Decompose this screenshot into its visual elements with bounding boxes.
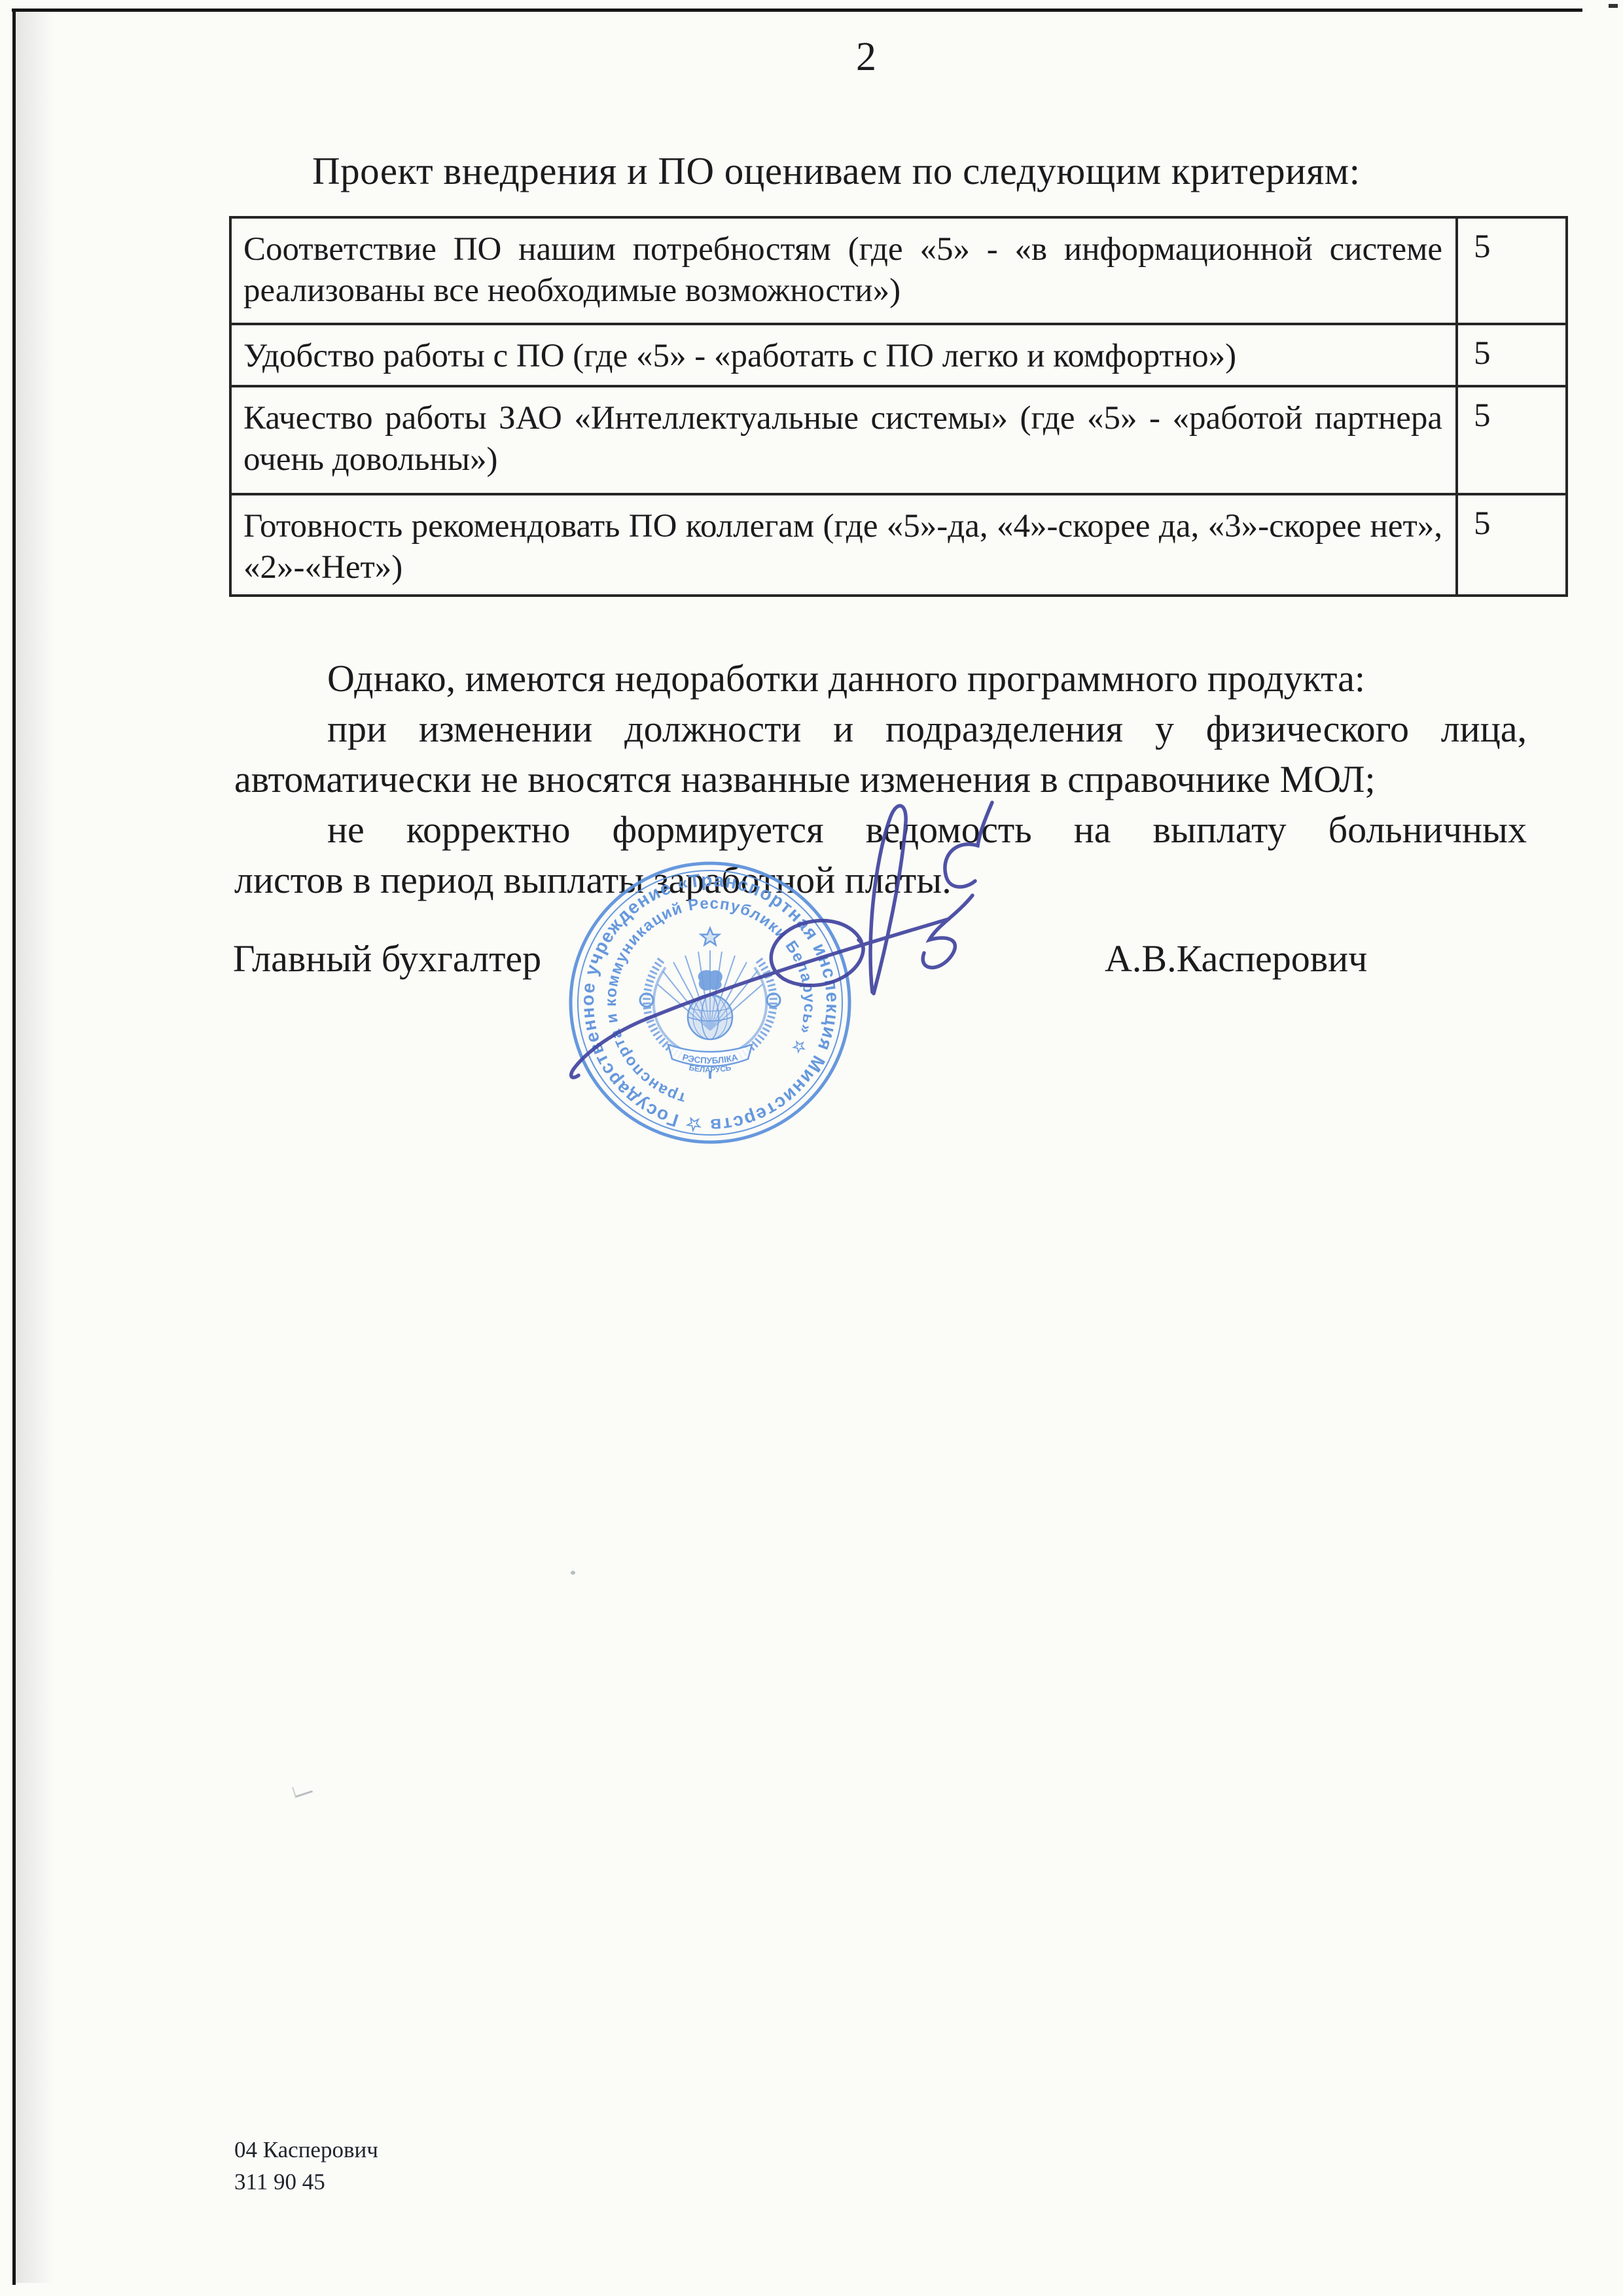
paragraph-intro: Однако, имеются недоработки данного прог… (234, 653, 1527, 704)
score-cell: 5 (1457, 217, 1567, 324)
score-cell: 5 (1457, 386, 1567, 494)
criterion-cell: Готовность рекомендовать ПО коллегам (гд… (230, 494, 1457, 596)
table-row: Готовность рекомендовать ПО коллегам (гд… (230, 494, 1567, 596)
criterion-cell: Качество работы ЗАО «Интеллектуальные си… (230, 386, 1457, 494)
signer-name: А.В.Касперович (1105, 936, 1367, 982)
footer-line-phone: 311 90 45 (234, 2166, 378, 2198)
footer-line-executor: 04 Касперович (234, 2134, 378, 2166)
table-row: Качество работы ЗАО «Интеллектуальные си… (230, 386, 1567, 494)
criterion-cell: Соответствие ПО нашим потребностям (где … (230, 217, 1457, 324)
page-number: 2 (856, 34, 876, 80)
table-row: Соответствие ПО нашим потребностям (где … (230, 217, 1567, 324)
criterion-cell: Удобство работы с ПО (где «5» - «работат… (230, 324, 1457, 386)
scan-speck (292, 1782, 313, 1798)
scanned-document-page: 2 Проект внедрения и ПО оцениваем по сле… (0, 0, 1623, 2296)
score-cell: 5 (1457, 324, 1567, 386)
handwritten-signature (543, 772, 1027, 1126)
scan-corner-artifact (1609, 4, 1618, 8)
scan-speck (571, 1571, 575, 1575)
table-row: Удобство работы с ПО (где «5» - «работат… (230, 324, 1567, 386)
paragraph-issue1-line1: при изменении должности и подразделения … (234, 704, 1527, 754)
scan-edge-top (12, 9, 1582, 12)
criteria-table: Соответствие ПО нашим потребностям (где … (229, 216, 1568, 597)
scan-shading (16, 12, 55, 2283)
score-cell: 5 (1457, 494, 1567, 596)
signer-position: Главный бухгалтер (233, 936, 541, 982)
document-title: Проект внедрения и ПО оцениваем по следу… (312, 148, 1360, 194)
footer-contact: 04 Касперович 311 90 45 (234, 2134, 378, 2198)
